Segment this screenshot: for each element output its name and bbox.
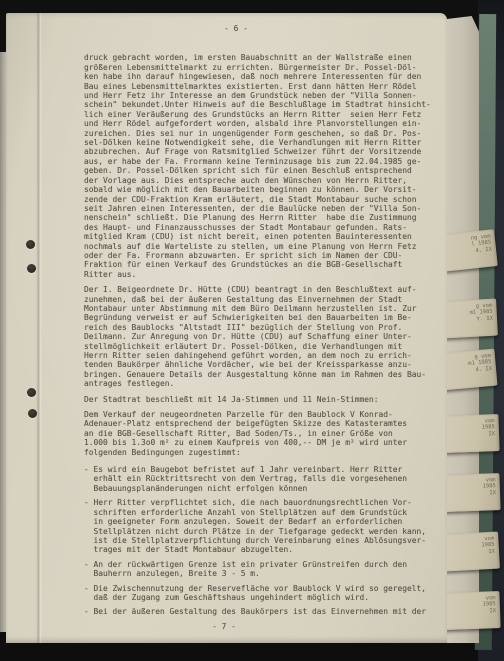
- minutes-paragraph-2: Der I. Beigeordnete Dr. Hütte (CDU) bean…: [84, 285, 446, 388]
- hole-punch-4: [28, 409, 37, 418]
- hole-punch-2: [27, 264, 36, 273]
- binder-tab-2: g vom m1 1985 Y. IX: [440, 299, 498, 339]
- condition-item-5: - Bei der äußeren Gestaltung des Baukörp…: [84, 607, 446, 616]
- page-number-bottom: - 7 -: [84, 622, 364, 631]
- minutes-paragraph-1: druck gebracht worden, im ersten Bauabsc…: [84, 53, 446, 279]
- scanned-document-view: ng vom l 1985 4. IX g vom m1 1985 Y. IX …: [0, 0, 504, 661]
- binder-tab-4: vom 1985 IX: [442, 414, 499, 453]
- document-page: - 6 - druck gebracht worden, im ersten B…: [6, 13, 447, 643]
- binder-tab-6: vom 1985 IX: [442, 532, 500, 572]
- binder-tab-1: ng vom l 1985 4. IX: [438, 229, 498, 272]
- binding-crease: [36, 13, 42, 643]
- condition-item-2: - Herr Ritter verpflichtet sich, die nac…: [84, 498, 446, 554]
- condition-item-1: - Es wird ein Baugebot befristet auf 1 J…: [84, 465, 446, 493]
- resolution-intro: Dem Verkauf der neugeordneten Parzelle f…: [84, 410, 446, 457]
- vote-result-line: Der Stadtrat beschließt mit 14 Ja-Stimme…: [84, 395, 446, 404]
- condition-item-4: - Die Zwischennutzung der Reservefläche …: [84, 584, 446, 603]
- page-number-top: - 6 -: [84, 24, 388, 33]
- binder-tab-7: vom 1985 IX: [443, 591, 500, 630]
- hole-punch-1: [26, 240, 35, 249]
- hole-punch-3: [27, 388, 36, 397]
- binder-tab-5: vom 1985 IX: [443, 473, 500, 512]
- text-column: - 6 - druck gebracht worden, im ersten B…: [84, 24, 446, 631]
- condition-item-3: - An der rückwärtigen Grenze ist ein pri…: [84, 560, 446, 579]
- binder-tab-3: g vom m1 1985 4. IX: [438, 349, 497, 391]
